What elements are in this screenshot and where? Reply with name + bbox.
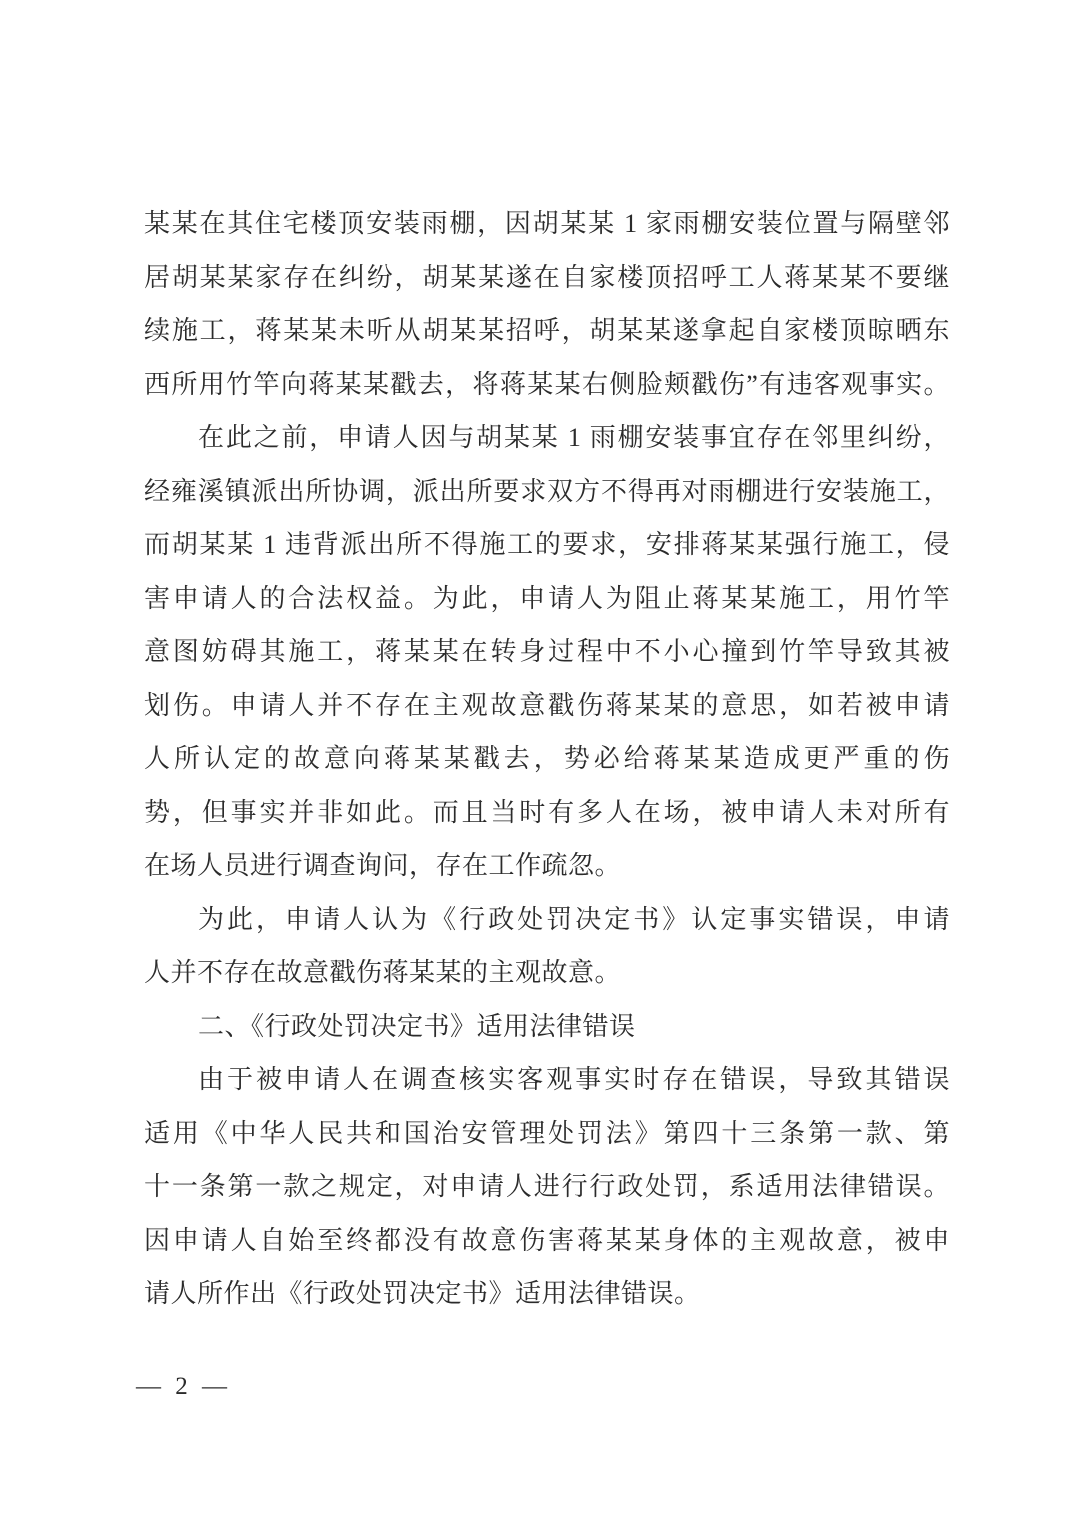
text-line: 请人所作出《行政处罚决定书》适用法律错误。 xyxy=(144,1267,950,1321)
text-line: 某某在其住宅楼顶安装雨棚，因胡某某 1 家雨棚安装位置与隔壁邻 xyxy=(144,197,950,251)
document-body-text: 某某在其住宅楼顶安装雨棚，因胡某某 1 家雨棚安装位置与隔壁邻 居胡某某家存在纠… xyxy=(144,197,950,1321)
paragraph-continuation-facts: 某某在其住宅楼顶安装雨棚，因胡某某 1 家雨棚安装位置与隔壁邻 居胡某某家存在纠… xyxy=(144,197,950,411)
text-line: 人所认定的故意向蒋某某戳去，势必给蒋某某造成更严重的伤 xyxy=(144,732,950,786)
paragraph-prior-dispute: 在此之前，申请人因与胡某某 1 雨棚安装事宜存在邻里纠纷， 经雍溪镇派出所协调，… xyxy=(144,411,950,893)
text-line: 为此，申请人认为《行政处罚决定书》认定事实错误，申请 xyxy=(144,893,950,947)
heading-line: 二、《行政处罚决定书》适用法律错误 xyxy=(144,1000,950,1054)
paragraph-conclusion-facts: 为此，申请人认为《行政处罚决定书》认定事实错误，申请 人并不存在故意戳伤蒋某某的… xyxy=(144,893,950,1000)
text-line: 意图妨碍其施工，蒋某某在转身过程中不小心撞到竹竿导致其被 xyxy=(144,625,950,679)
document-page: 某某在其住宅楼顶安装雨棚，因胡某某 1 家雨棚安装位置与隔壁邻 居胡某某家存在纠… xyxy=(0,0,1074,1520)
text-line: 由于被申请人在调查核实客观事实时存在错误，导致其错误 xyxy=(144,1053,950,1107)
text-line: 因申请人自始至终都没有故意伤害蒋某某身体的主观故意，被申 xyxy=(144,1214,950,1268)
section-heading-two: 二、《行政处罚决定书》适用法律错误 xyxy=(144,1000,950,1054)
text-line: 西所用竹竿向蒋某某戳去，将蒋某某右侧脸颊戳伤”有违客观事实。 xyxy=(144,358,950,412)
text-line: 害申请人的合法权益。为此，申请人为阻止蒋某某施工，用竹竿 xyxy=(144,572,950,626)
text-line: 续施工，蒋某某未听从胡某某招呼，胡某某遂拿起自家楼顶晾晒东 xyxy=(144,304,950,358)
text-line: 居胡某某家存在纠纷，胡某某遂在自家楼顶招呼工人蒋某某不要继 xyxy=(144,251,950,305)
text-line: 而胡某某 1 违背派出所不得施工的要求，安排蒋某某强行施工，侵 xyxy=(144,518,950,572)
text-line: 适用《中华人民共和国治安管理处罚法》第四十三条第一款、第 xyxy=(144,1107,950,1161)
text-line: 十一条第一款之规定，对申请人进行行政处罚，系适用法律错误。 xyxy=(144,1160,950,1214)
text-line: 在场人员进行调查询问，存在工作疏忽。 xyxy=(144,839,950,893)
text-line: 人并不存在故意戳伤蒋某某的主观故意。 xyxy=(144,946,950,1000)
text-line: 势，但事实并非如此。而且当时有多人在场，被申请人未对所有 xyxy=(144,786,950,840)
text-line: 在此之前，申请人因与胡某某 1 雨棚安装事宜存在邻里纠纷， xyxy=(144,411,950,465)
text-line: 经雍溪镇派出所协调，派出所要求双方不得再对雨棚进行安装施工， xyxy=(144,465,950,519)
text-line: 划伤。申请人并不存在主观故意戳伤蒋某某的意思，如若被申请 xyxy=(144,679,950,733)
page-number: — 2 — xyxy=(136,1362,228,1412)
paragraph-legal-error: 由于被申请人在调查核实客观事实时存在错误，导致其错误 适用《中华人民共和国治安管… xyxy=(144,1053,950,1321)
